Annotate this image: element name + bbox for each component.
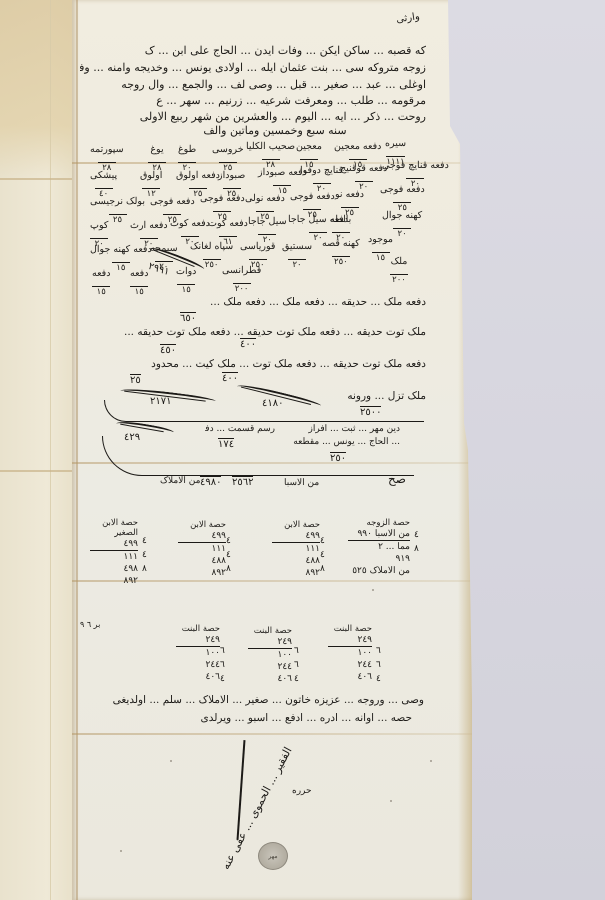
header-line: مرقومه ... طلب ... ومعرفت شرعیه ... زرنی…	[80, 94, 426, 107]
property-line: ملک توت حدیقه ... دفعه ملک توت حدیقه ...…	[80, 326, 426, 338]
deduction-value: ١٧٤	[218, 438, 234, 450]
property-value: ٤٥٠	[160, 344, 176, 356]
margin-note: بر ٦ ٩	[80, 620, 100, 630]
share-fraction: ٦٦٤	[220, 644, 225, 686]
deduction-line: دین مهر ... ثبت ... افراز	[280, 424, 400, 434]
share-fraction: ٤٤٨	[320, 534, 325, 576]
date-line: سنه سبع وخمسین وماتین والف	[180, 124, 370, 137]
deduction-line: ... الحاج ... یونس ... مقطعه	[280, 437, 400, 447]
property-value: ٢٥	[130, 374, 141, 386]
property-value: ٦٥٠	[180, 312, 196, 324]
property-total-label: من الاملاک	[160, 476, 200, 486]
share-block: حصة البنت ٢٤٩ ١٠٠ ٢٤٤ ٤٠٦	[248, 626, 292, 685]
inventory-entry: سستیق٢٠	[282, 241, 312, 271]
share-block: حصة الزوجه من الاسبا ٩٩٠ مما ... ٢ ٩١٩ م…	[348, 518, 410, 577]
water-stain	[0, 0, 78, 180]
total-label: من الاسبا	[284, 478, 319, 488]
inventory-entry: دوات١٥	[176, 266, 196, 296]
property-value: ٤٠٠	[240, 338, 256, 350]
share-fraction: ٦٦٤	[376, 644, 381, 686]
header-line: زوجه متروکه سی ... بنت عثمان ایله ... او…	[80, 61, 426, 74]
seal-stamp: مهر	[258, 842, 288, 870]
bracket-curve	[104, 400, 424, 422]
share-block: حصة البنت ٢٤٩ ١٠٠ ٢٤٤ ٤٠٦	[176, 624, 220, 683]
fold-line	[76, 0, 78, 900]
fold-line	[0, 470, 78, 472]
total-value: ٢٥٦٢	[232, 476, 253, 488]
subtotal-value: ٤٢٩	[124, 432, 140, 443]
property-total-value: ٤٩٨٠	[200, 476, 221, 488]
speck	[430, 760, 432, 762]
inventory-entry: دفعه١٥	[130, 268, 148, 298]
inventory-entry: کهنه قصه٢٥٠	[322, 238, 360, 268]
property-value: ٤٠٠	[222, 372, 238, 384]
share-fraction: ٤٤٨	[226, 534, 231, 576]
share-block: حصة الابن الصغیر ٤٩٩ ١١١ ٤٩٨ ٨٩٢	[90, 518, 138, 587]
inventory-entry: ملک٢٠٠	[390, 256, 408, 286]
closing-line: حصه ... اوانه ... ادره ... ادفع ... اسبو…	[140, 712, 412, 724]
speck	[390, 800, 392, 802]
attestation-label: حرره	[292, 786, 312, 796]
speck	[120, 850, 122, 852]
fold-line	[0, 178, 78, 180]
closing-line: وصی ... وروجه ... عزیزه خاتون ... صغیر .…	[94, 694, 424, 706]
share-block: حصة الابن ٤٩٩ ١١١ ٤٨٨ ٨٩٢	[272, 520, 320, 579]
deduction-value: ٢٥٠	[330, 452, 346, 464]
property-line: دفعه ملک ... حدیقه ... دفعه ملک ... دفعه…	[80, 296, 426, 308]
share-fraction: ٤٨	[414, 528, 419, 556]
header-line: که قصبه ... ساکن ایکن ... وفات ایدن ... …	[80, 44, 426, 57]
property-line: دفعه ملک توت حدیقه ... دفعه ملک توت ... …	[80, 358, 426, 370]
left-folded-panel	[0, 0, 78, 900]
share-block: حصة الابن ٤٩٩ ١١١ ٤٨٨ ٨٩٢	[178, 520, 226, 579]
deduction-line: رسم قسمت ... دفعه	[205, 424, 275, 434]
share-fraction: ٦٦٤	[294, 644, 299, 686]
speck	[170, 760, 172, 762]
header-line: روحت ... ذکر ... ایه ... الیوم ... والعش…	[80, 110, 426, 123]
header-line: اوغلی ... عبد ... صغیر ... قبل ... وصی ل…	[80, 78, 426, 91]
sahh-mark: صح	[388, 472, 406, 486]
share-fraction: ٤٤٨	[142, 534, 147, 576]
fold-line	[50, 0, 51, 900]
inventory-entry: دفعه١٥	[92, 268, 110, 298]
fold-line	[72, 733, 472, 735]
speck	[372, 589, 374, 591]
inventory-entry: قطرانسی٢٠٠	[222, 265, 261, 295]
share-block: حصة البنت ٢٤٩ ١٠٠ ٢٤٤ ٤٠٦	[328, 624, 372, 683]
